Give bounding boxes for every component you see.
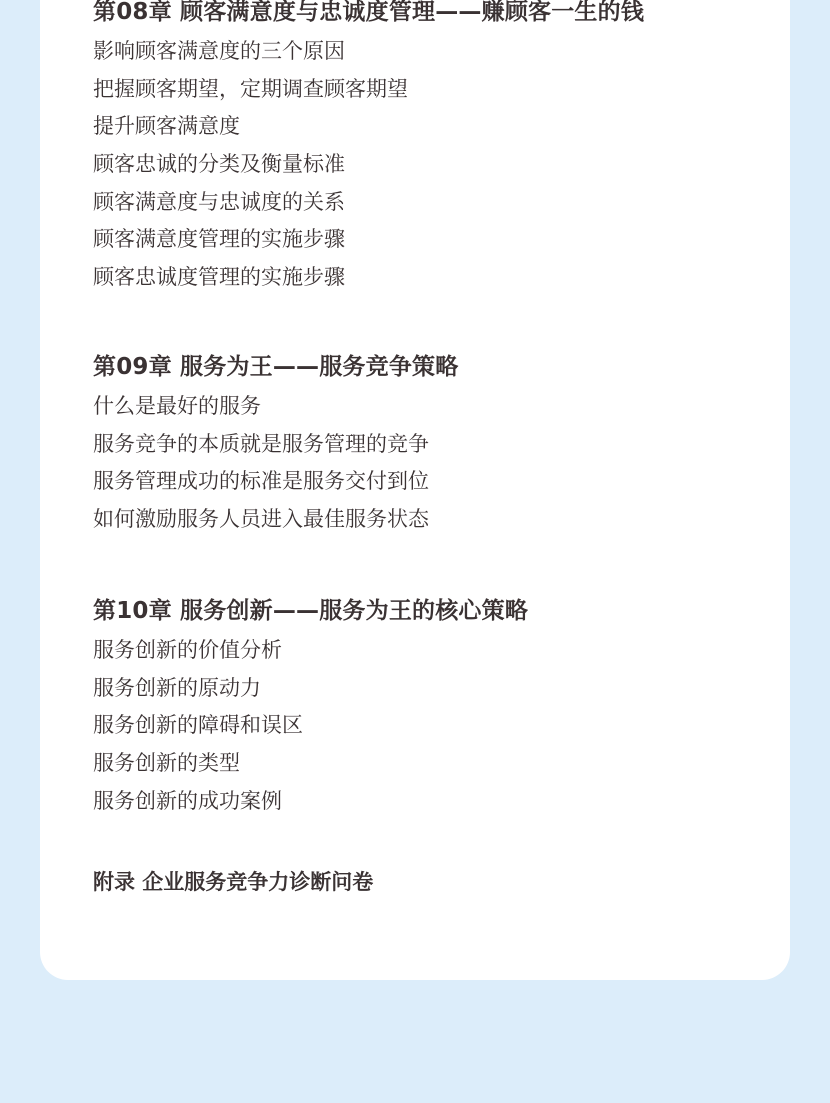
list-item: 顾客忠诚度管理的实施步骤	[93, 259, 644, 297]
list-item: 提升顾客满意度	[93, 108, 644, 146]
list-item: 服务创新的价值分析	[93, 632, 528, 670]
list-item: 什么是最好的服务	[93, 388, 458, 426]
chapter-items: 什么是最好的服务 服务竞争的本质就是服务管理的竞争 服务管理成功的标准是服务交付…	[93, 388, 458, 539]
chapter-09: 第09章 服务为王——服务竞争策略 什么是最好的服务 服务竞争的本质就是服务管理…	[93, 352, 458, 539]
list-item: 影响顾客满意度的三个原因	[93, 33, 644, 71]
chapter-10: 第10章 服务创新——服务为王的核心策略 服务创新的价值分析 服务创新的原动力 …	[93, 596, 528, 820]
appendix-title: 附录 企业服务竞争力诊断问卷	[93, 866, 373, 896]
list-item: 服务管理成功的标准是服务交付到位	[93, 463, 458, 501]
list-item: 顾客满意度管理的实施步骤	[93, 221, 644, 259]
list-item: 如何激励服务人员进入最佳服务状态	[93, 501, 458, 539]
list-item: 顾客忠诚的分类及衡量标准	[93, 146, 644, 184]
list-item: 服务竞争的本质就是服务管理的竞争	[93, 426, 458, 464]
list-item: 把握顾客期望，定期调查顾客期望	[93, 71, 644, 109]
chapter-title: 第08章 顾客满意度与忠诚度管理——赚顾客一生的钱	[93, 0, 644, 27]
chapter-items: 影响顾客满意度的三个原因 把握顾客期望，定期调查顾客期望 提升顾客满意度 顾客忠…	[93, 33, 644, 297]
list-item: 服务创新的类型	[93, 745, 528, 783]
list-item: 顾客满意度与忠诚度的关系	[93, 184, 644, 222]
list-item: 服务创新的成功案例	[93, 783, 528, 821]
chapter-title: 第09章 服务为王——服务竞争策略	[93, 352, 458, 382]
list-item: 服务创新的障碍和误区	[93, 707, 528, 745]
chapter-title: 第10章 服务创新——服务为王的核心策略	[93, 596, 528, 626]
chapter-08: 第08章 顾客满意度与忠诚度管理——赚顾客一生的钱 影响顾客满意度的三个原因 把…	[93, 0, 644, 297]
chapter-items: 服务创新的价值分析 服务创新的原动力 服务创新的障碍和误区 服务创新的类型 服务…	[93, 632, 528, 820]
list-item: 服务创新的原动力	[93, 670, 528, 708]
